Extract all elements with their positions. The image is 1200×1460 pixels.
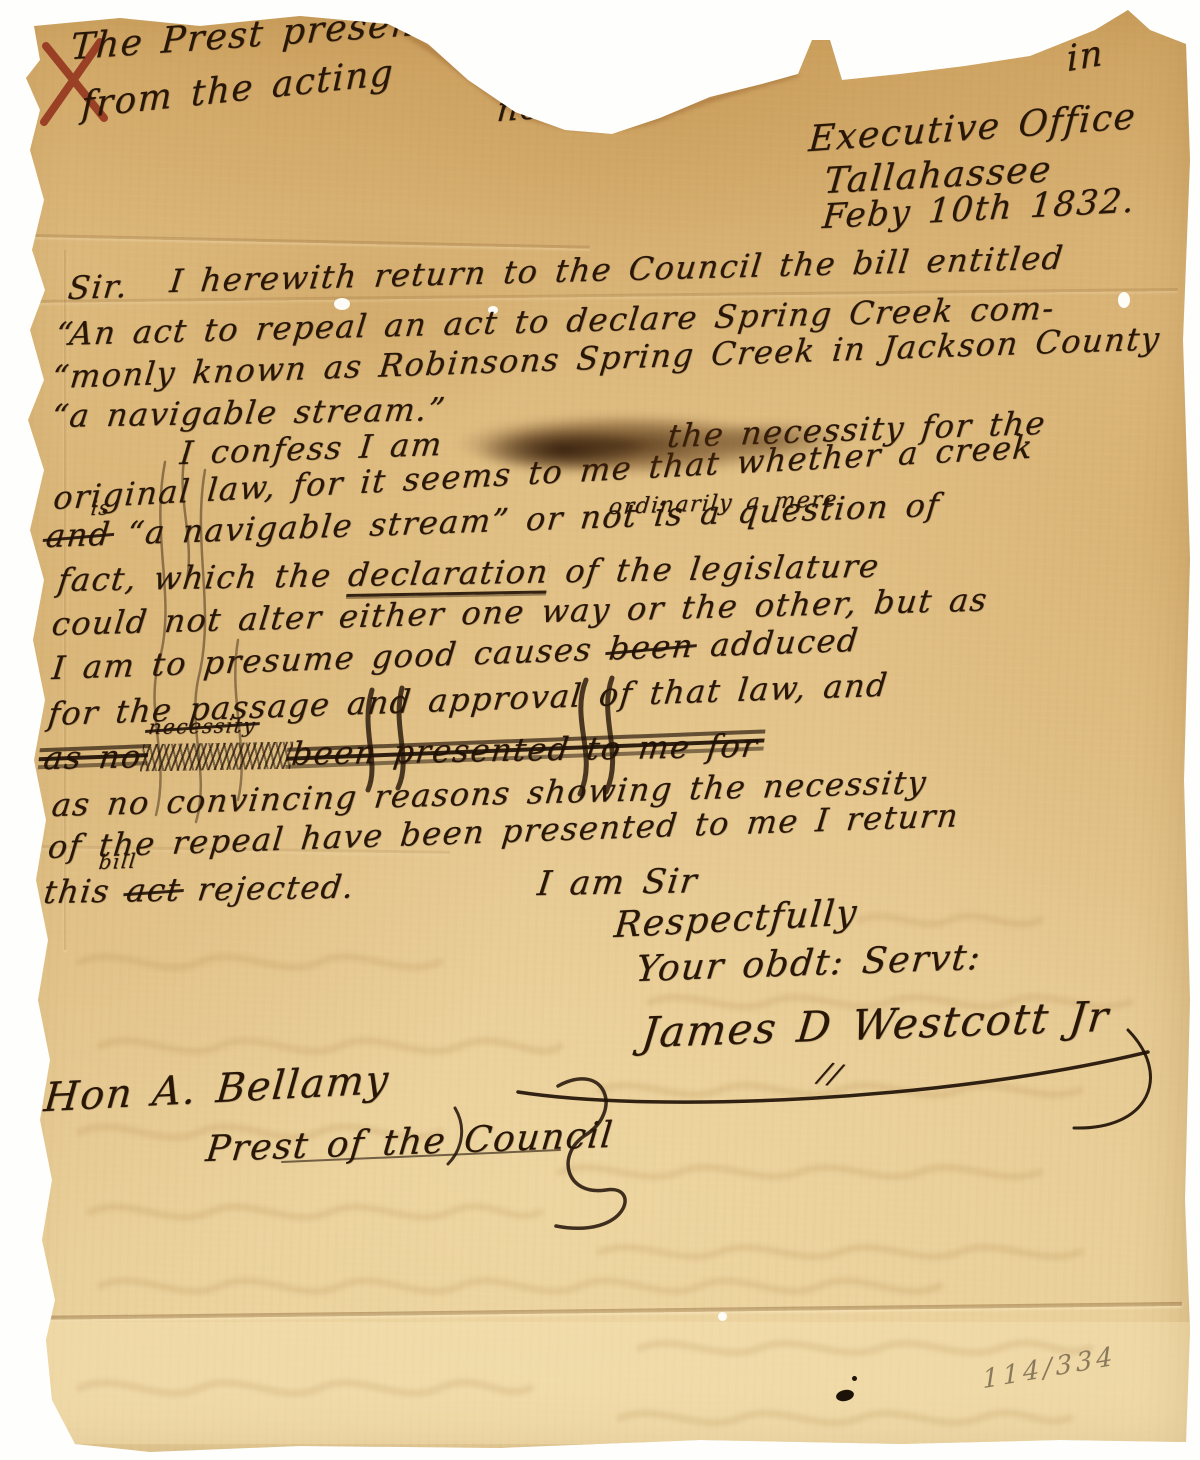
closing-servant: Your obdt: Servt: bbox=[634, 938, 984, 990]
text-run: nor, bbox=[495, 85, 569, 130]
ink-blot bbox=[478, 428, 648, 472]
text-run: Your obdt: Servt: bbox=[634, 937, 984, 990]
signature-mark: // bbox=[815, 1058, 845, 1091]
text-run: // bbox=[815, 1056, 846, 1091]
text-run: adduced bbox=[692, 621, 861, 665]
body-line-1: I herewith return to the Council the bil… bbox=[168, 241, 1066, 300]
recipient-name: Hon A. Bellamy bbox=[42, 1058, 391, 1120]
header-office: Executive Office bbox=[807, 97, 1137, 160]
struck-text: necessity bbox=[147, 713, 257, 739]
marginal-note-fragment-right: in bbox=[1066, 33, 1105, 80]
text-run: Executive Office bbox=[807, 96, 1138, 160]
ink-blot bbox=[700, 420, 850, 460]
interline-insert-3: bill bbox=[98, 850, 138, 873]
struck-insert: necessity bbox=[147, 714, 257, 738]
text-run: fact, which the bbox=[56, 556, 351, 599]
text-run: I am Sir bbox=[535, 861, 700, 904]
text-run: this bbox=[42, 872, 129, 912]
text-run: 114/334 bbox=[982, 1341, 1117, 1395]
marginal-note-fragment-mid: nor, bbox=[495, 87, 569, 130]
text-run: bill bbox=[98, 849, 139, 874]
letter-sheet: The Prest preseninfrom the actingnor,Exe… bbox=[0, 0, 1200, 1460]
text-run: in bbox=[1066, 32, 1105, 80]
text-layer: The Prest preseninfrom the actingnor,Exe… bbox=[0, 0, 1200, 1460]
text-run: Prest of the Council bbox=[204, 1115, 616, 1170]
salutation: Sir. bbox=[66, 269, 130, 306]
pencil-number: 114/334 bbox=[982, 1342, 1117, 1394]
text-run bbox=[140, 741, 293, 771]
recipient-title: Prest of the Council bbox=[204, 1116, 616, 1170]
ink-dot bbox=[852, 1376, 857, 1381]
struck-text: and bbox=[44, 515, 113, 555]
text-run: Sir. bbox=[66, 267, 130, 307]
text-run: I herewith return to the Council the bil… bbox=[168, 239, 1066, 301]
closing-i-am-sir: I am Sir bbox=[535, 863, 700, 903]
signature: James D Westcott Jr bbox=[639, 994, 1111, 1057]
struck-text: been presented to me for bbox=[290, 727, 761, 773]
scan-page: The Prest preseninfrom the actingnor,Exe… bbox=[0, 0, 1200, 1460]
text-run: Hon A. Bellamy bbox=[42, 1057, 391, 1121]
struck-text: act bbox=[124, 871, 183, 910]
text-run: declaration bbox=[346, 552, 552, 597]
struck-text: been bbox=[607, 627, 696, 668]
struck-text: as no bbox=[42, 737, 145, 777]
text-run: James D Westcott Jr bbox=[639, 992, 1112, 1058]
text-run: rejected. bbox=[179, 868, 357, 909]
body-line-14: this act rejected. bbox=[42, 870, 357, 911]
